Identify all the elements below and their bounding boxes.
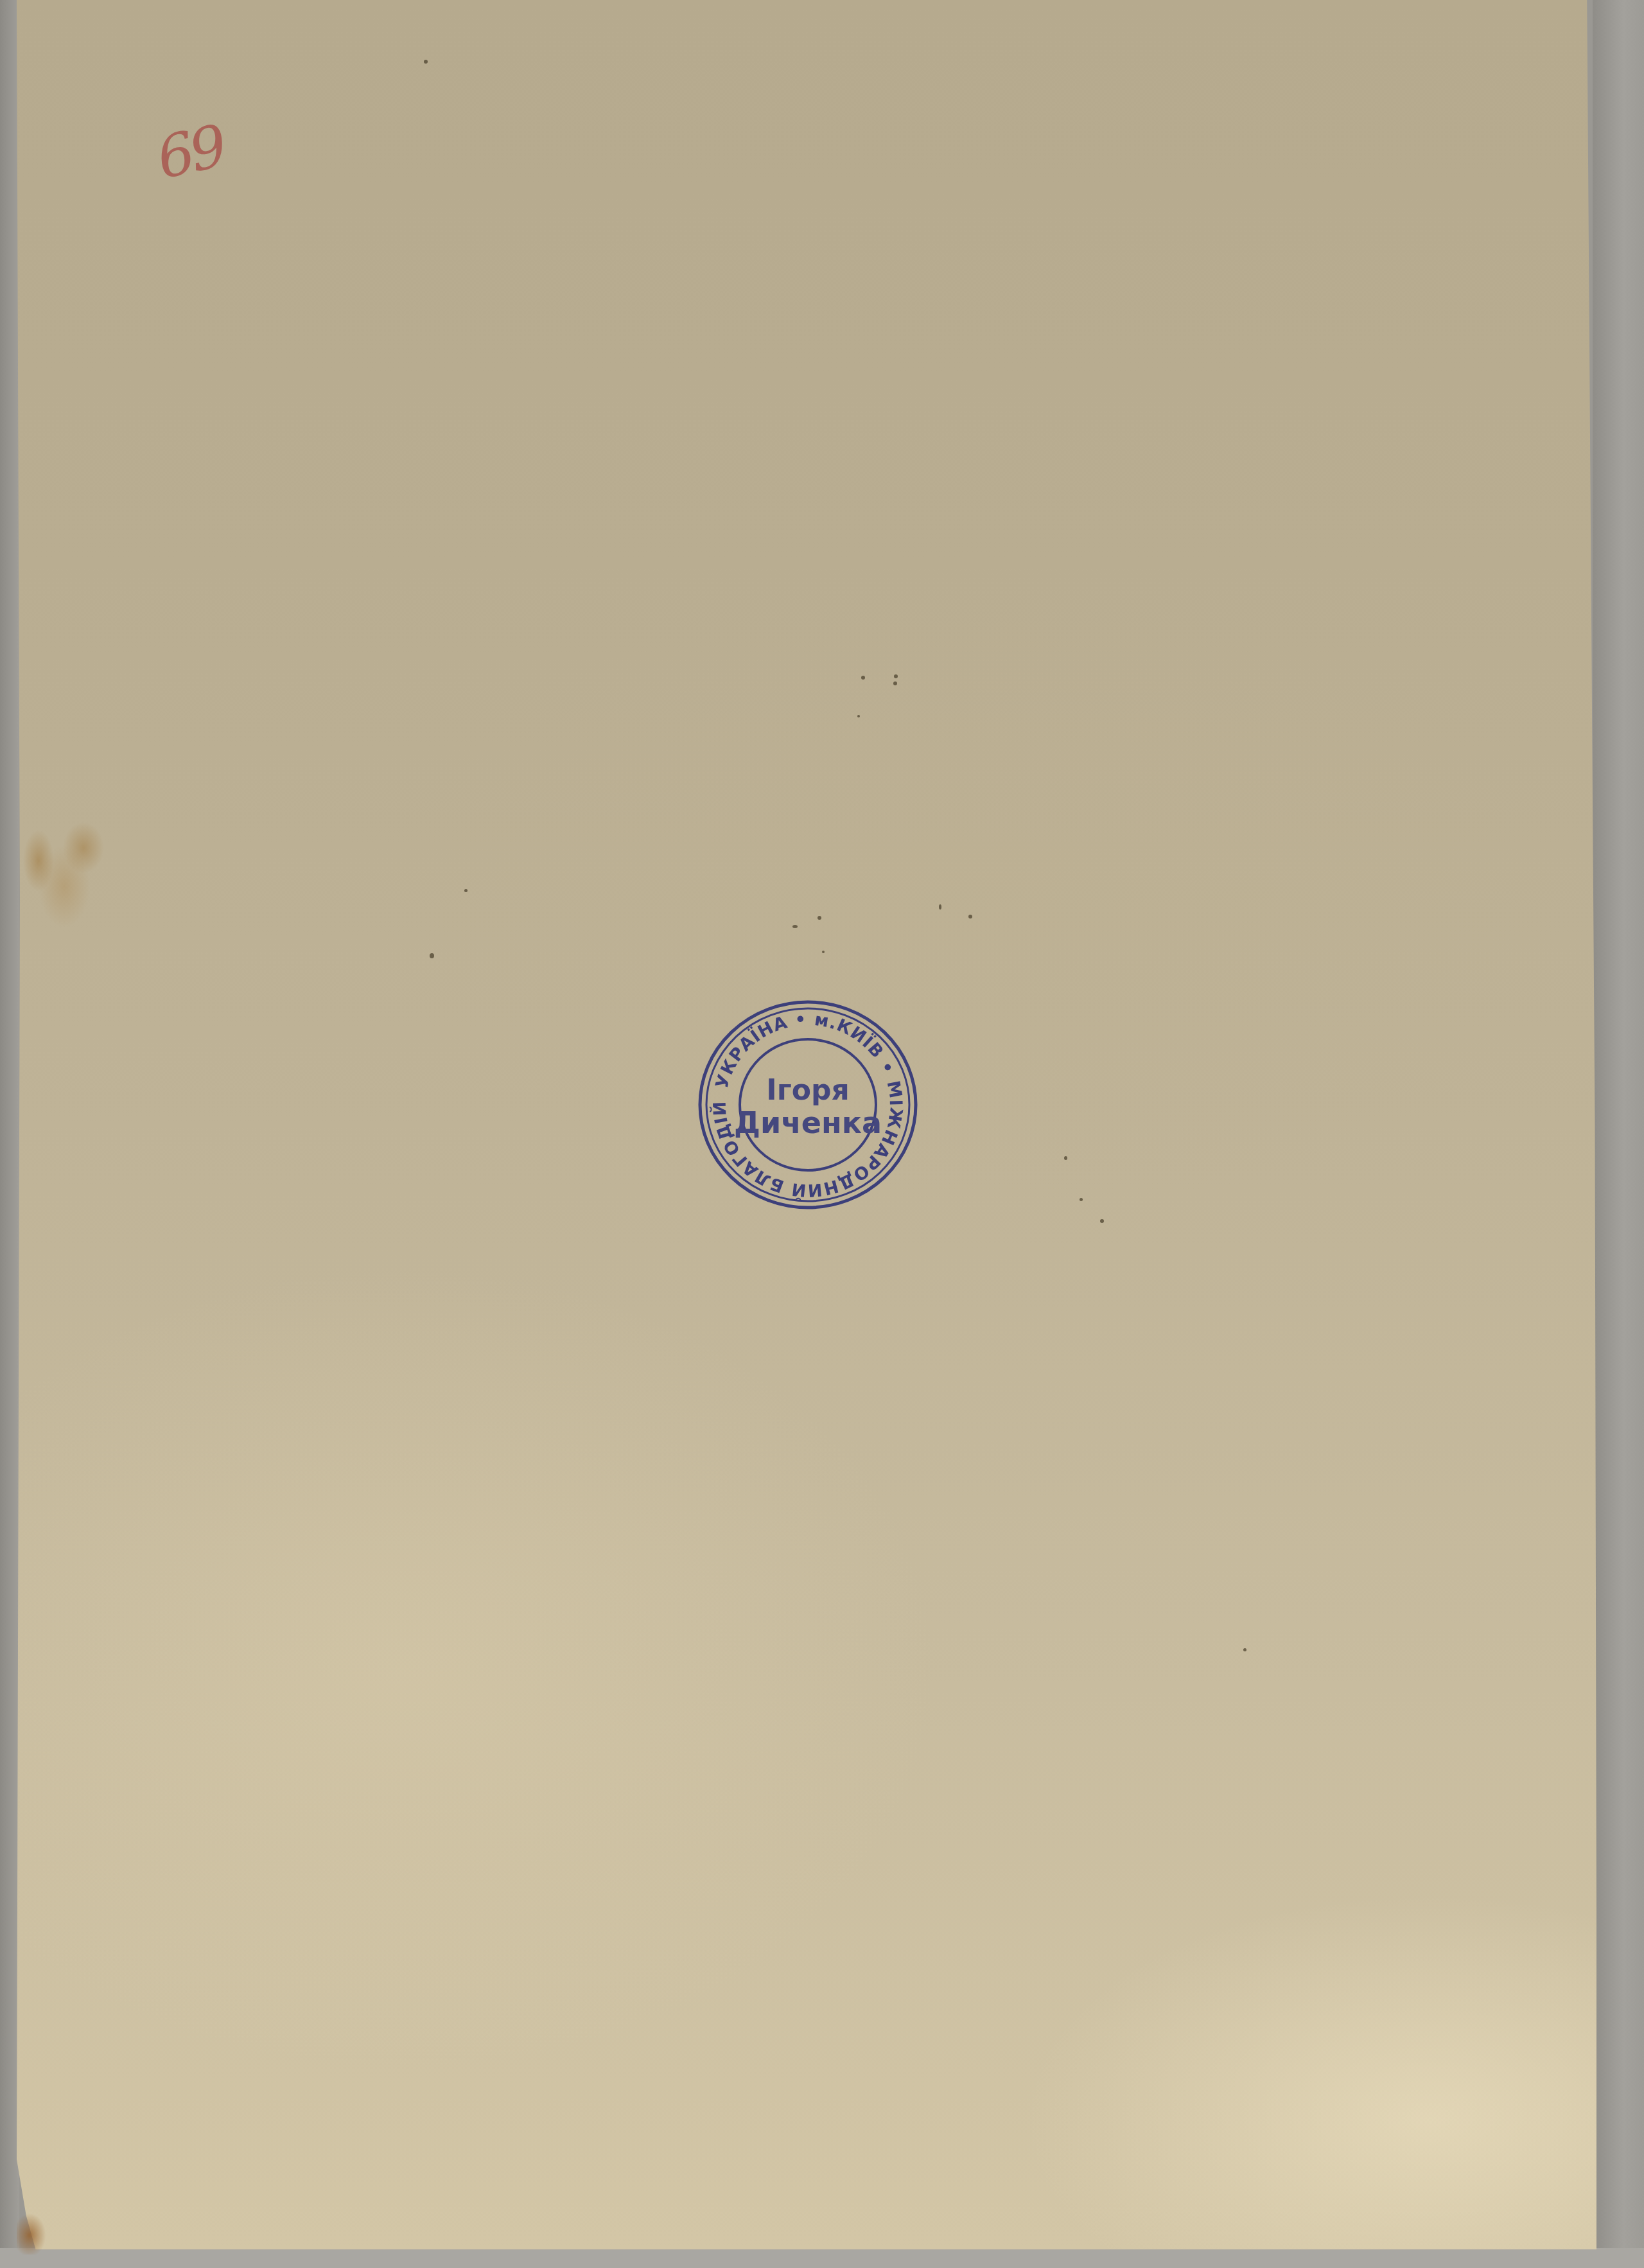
handwritten-page-number: 69 xyxy=(151,112,229,192)
speck xyxy=(1064,1156,1067,1160)
speck xyxy=(1080,1198,1083,1201)
paper-corner-damage xyxy=(17,2210,55,2255)
speck xyxy=(464,889,468,892)
speck xyxy=(822,951,825,953)
speck xyxy=(939,904,941,910)
paper-stain xyxy=(19,809,109,931)
speck xyxy=(430,953,434,958)
foundation-stamp: УКРАЇНА • м.КИЇВ • МІЖНАРОДНИЙ БЛАГОДІЙН… xyxy=(695,997,921,1213)
backdrop-surface-right xyxy=(1593,0,1644,2268)
speck xyxy=(818,916,821,920)
speck xyxy=(857,715,860,717)
speck xyxy=(968,915,972,919)
speck xyxy=(894,674,898,678)
speck xyxy=(792,925,798,928)
backdrop-surface-bottom xyxy=(0,2248,1644,2268)
speck xyxy=(424,60,428,64)
speck xyxy=(893,681,897,685)
stamp-center-line-2: Диченка xyxy=(734,1105,882,1140)
speck xyxy=(1100,1219,1104,1223)
backdrop-surface-left xyxy=(0,0,19,2268)
speck xyxy=(1243,1648,1246,1651)
stamp-center-line-1: Ігоря xyxy=(766,1074,849,1107)
speck xyxy=(861,676,865,680)
